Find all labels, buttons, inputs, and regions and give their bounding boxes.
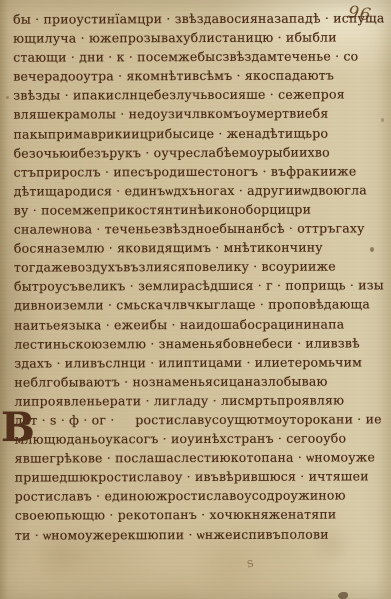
text-line-dated-entry: лѣт · ѕ · ф · ог · ростиславусоущютмоуто… <box>14 409 380 429</box>
text-line: бытроусъвеликъ · землирасѣдшися · г · по… <box>14 276 380 296</box>
text-line: звѣзды · ипакислнцебезлучьвосияше · сеже… <box>13 85 379 105</box>
text-line: тогдажевоздухъвъзлиясяповелику · всоурии… <box>14 257 380 277</box>
text-line: стающи · дни · к · посемжебысзвѣздамтече… <box>13 47 379 67</box>
text-line: стъприрослъ · ипесъродишестоногъ · въфра… <box>14 161 380 181</box>
text-line: своеюпьющю · рекотопанъ · хочюкняженатяп… <box>15 505 381 525</box>
text-line: пакыпримаврикиицрибысице · женадѣтищьро <box>13 123 379 143</box>
ink-speck <box>338 592 348 599</box>
text-line: здахъ · иливъслнци · илиптицами · илиете… <box>14 352 380 372</box>
text-line: млющюданьоукасогъ · иоуинѣхстранъ · сего… <box>15 428 381 448</box>
ink-speck <box>6 96 9 99</box>
text-line: неблгобываютъ · нознаменьясицаназлобываю <box>14 371 380 391</box>
text-line: явшегрѣкове · послашаслестиюкотопана · ѡ… <box>15 448 381 468</box>
text-line: дѣтищародися · единъѡдхъногах · адругииѡ… <box>14 180 380 200</box>
initial-letter-v: В <box>1 408 35 448</box>
text-line: дивноиземли · смьскачлвчкыглаще · пропов… <box>14 295 380 315</box>
text-line: вечерадооутра · якомнѣтивсѣмъ · якоспада… <box>13 66 379 86</box>
text-block: бы · приоустинїамцри · звѣздавосияназапа… <box>13 8 381 544</box>
quire-mark: ѕ <box>246 555 256 571</box>
text-line: безочьюибезърукъ · оучреслабѣемоурыбиихв… <box>14 142 380 162</box>
text-line: наитьеязыка · ежеибы · наидошабосрацинин… <box>14 314 380 334</box>
text-line: ву · посемжеприкостянтинѣиконоборцицри <box>14 199 380 219</box>
text-line: босяназемлю · яковидящимъ · мнѣтикончину <box>14 237 380 257</box>
text-line: липроявленьерати · лигладу · лисмртьпроя… <box>14 390 380 410</box>
text-line: ющилуча · южепрозывахублистаницю · ибыбл… <box>13 27 379 47</box>
text-line: ростиславъ · единоюжростиславоусодроужин… <box>15 486 381 506</box>
text-line: пришедшюкростиславоу · ивъвѣрившюся · ич… <box>15 467 381 487</box>
text-line: бы · приоустинїамцри · звѣздавосияназапа… <box>13 8 379 28</box>
text-line: вляшекрамолы · недоузичлвкомъоумертвиебя <box>13 104 379 124</box>
text-line: ти · ѡномоужерекшюпии · ѡнжеиспивъполови <box>15 524 381 544</box>
text-line: сналеѡнова · теченьезвѣздноебынанбсѣ · о… <box>14 218 380 238</box>
ink-speck <box>381 118 384 122</box>
text-line: лестиньскоюземлю · знаменьябовнебеси · и… <box>14 333 380 353</box>
manuscript-page: 96 бы · приоустинїамцри · звѣздавосияназ… <box>0 0 391 599</box>
